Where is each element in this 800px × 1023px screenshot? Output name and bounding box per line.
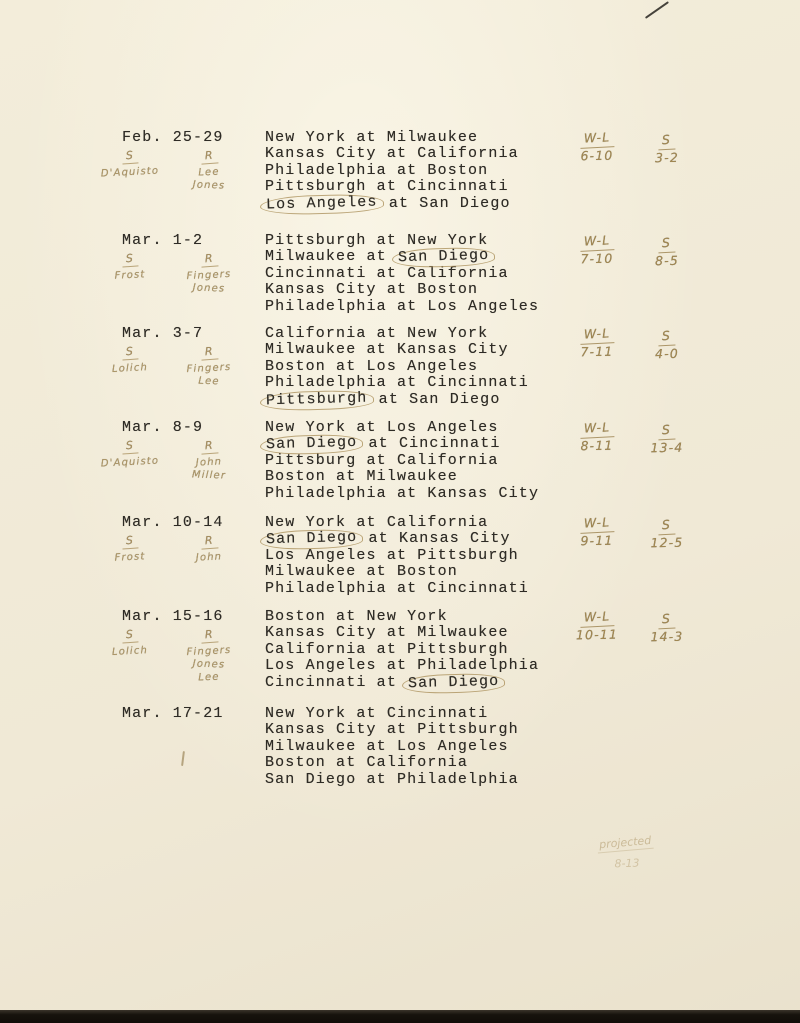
handwritten-s-label: S <box>121 438 138 454</box>
handwritten-name: Lolich <box>97 643 164 659</box>
game-list: Boston at New York Kansas City at Milwau… <box>265 609 539 691</box>
wl-label: W-L <box>579 232 614 252</box>
handwritten-reliever-column: RLeeJones <box>176 149 242 192</box>
handwritten-reliever-column: RJohnMiller <box>176 439 242 482</box>
pencil-slash-mark <box>645 1 669 19</box>
saves-record: S14-3 <box>640 611 694 645</box>
handwritten-s-label: S <box>121 533 138 549</box>
game-text: Philadelphia at Los Angeles <box>265 298 539 315</box>
game-text: Kansas City at California <box>265 145 519 162</box>
handwritten-name: Lolich <box>97 360 164 376</box>
projected-label: projected <box>597 834 654 854</box>
game-text: Milwaukee at Kansas City <box>265 341 509 358</box>
game-line: Kansas City at Boston <box>265 282 539 298</box>
saves-record: S3-2 <box>640 132 694 166</box>
projected-value: 8-13 <box>599 856 656 871</box>
game-text: Boston at New York <box>265 608 448 625</box>
handwritten-name: Frost <box>97 267 164 283</box>
wl-record: W-L7-10 <box>566 233 628 267</box>
wl-value: 7-10 <box>566 250 628 267</box>
wl-record: W-L8-11 <box>566 420 628 454</box>
saves-label: S <box>658 328 676 347</box>
wl-label: W-L <box>579 514 614 534</box>
game-text: Kansas City at Milwaukee <box>265 624 509 641</box>
game-line: Philadelphia at Los Angeles <box>265 299 539 315</box>
date-range: Mar. 3-7 <box>122 326 203 342</box>
game-text: California at Pittsburgh <box>265 641 509 658</box>
game-line: Milwaukee at Los Angeles <box>265 739 519 755</box>
date-range: Mar. 10-14 <box>122 515 224 531</box>
game-line: Boston at Milwaukee <box>265 469 539 485</box>
game-line: Milwaukee at San Diego <box>265 249 539 265</box>
game-text: Pittsburgh at Cincinnati <box>265 178 509 195</box>
game-line: Pittsburg at California <box>265 453 539 469</box>
game-text: Kansas City at Pittsburgh <box>265 721 519 738</box>
wl-value: 10-11 <box>566 626 628 643</box>
handwritten-reliever-column: RFingersLee <box>176 345 242 388</box>
game-text: Philadelphia at Kansas City <box>265 485 539 502</box>
game-line: New York at Milwaukee <box>265 130 519 146</box>
game-text: New York at California <box>265 514 488 531</box>
saves-record: S12-5 <box>640 517 694 551</box>
wl-label: W-L <box>579 325 614 345</box>
handwritten-reliever-column: RFingersJones <box>176 252 242 295</box>
saves-value: 13-4 <box>640 440 694 457</box>
game-line: Kansas City at California <box>265 146 519 162</box>
game-line: Pittsburgh at Cincinnati <box>265 179 519 195</box>
handwritten-r-label: R <box>200 251 218 267</box>
handwritten-starter-column: SLolich <box>97 628 163 658</box>
saves-label: S <box>658 235 676 254</box>
saves-value: 4-0 <box>640 346 694 363</box>
handwritten-starter-column: SD'Aquisto <box>97 439 163 469</box>
game-text: Cincinnati at <box>265 674 407 691</box>
game-line: Philadelphia at Cincinnati <box>265 581 529 597</box>
saves-value: 3-2 <box>640 150 694 167</box>
handwritten-r-label: R <box>200 344 218 360</box>
game-text: Boston at Los Angeles <box>265 358 478 375</box>
game-text: San Diego at Philadelphia <box>265 771 519 788</box>
handwritten-name: Jones <box>176 178 242 193</box>
game-text: Milwaukee at <box>265 248 397 265</box>
handwritten-name: John <box>176 549 243 565</box>
game-line: California at Pittsburgh <box>265 642 539 658</box>
saves-value: 12-5 <box>640 535 694 552</box>
handwritten-r-label: R <box>200 627 218 643</box>
wl-value: 9-11 <box>566 532 628 549</box>
game-line: Cincinnati at California <box>265 266 539 282</box>
game-text: New York at Cincinnati <box>265 705 488 722</box>
saves-record: S13-4 <box>640 422 694 456</box>
game-text: Philadelphia at Cincinnati <box>265 374 529 391</box>
pencil-circle: Los Angeles <box>260 193 384 216</box>
handwritten-s-label: S <box>121 251 138 267</box>
game-line: Philadelphia at Kansas City <box>265 486 539 502</box>
saves-value: 8-5 <box>640 253 694 270</box>
date-range: Mar. 15-16 <box>122 609 224 625</box>
game-text: Pittsburgh at New York <box>265 232 488 249</box>
game-text: Milwaukee at Los Angeles <box>265 738 509 755</box>
stray-pencil-mark <box>181 751 184 766</box>
game-line: Philadelphia at Boston <box>265 163 519 179</box>
game-list: California at New York Milwaukee at Kans… <box>265 326 529 408</box>
scanned-document-page: Feb. 25-29 SD'Aquisto RLeeJones New York… <box>0 0 800 1023</box>
game-line: Kansas City at Milwaukee <box>265 625 539 641</box>
handwritten-s-label: S <box>121 627 138 643</box>
game-text: Kansas City at Boston <box>265 281 478 298</box>
wl-label: W-L <box>579 129 614 149</box>
game-text: Boston at California <box>265 754 468 771</box>
game-line: Philadelphia at Cincinnati <box>265 375 529 391</box>
game-text: Boston at Milwaukee <box>265 468 458 485</box>
saves-label: S <box>658 611 676 630</box>
handwritten-name: D'Aquisto <box>97 164 164 180</box>
game-text: Cincinnati at California <box>265 265 509 282</box>
game-text: New York at Los Angeles <box>265 419 498 436</box>
game-line: Boston at Los Angeles <box>265 359 529 375</box>
game-line: Milwaukee at Kansas City <box>265 342 529 358</box>
game-line: San Diego at Philadelphia <box>265 772 519 788</box>
scan-edge-bar <box>0 1010 800 1023</box>
handwritten-s-label: S <box>121 148 138 164</box>
game-line: Boston at New York <box>265 609 539 625</box>
handwritten-r-label: R <box>200 148 218 164</box>
game-text: Los Angeles at Pittsburgh <box>265 547 519 564</box>
handwritten-starter-column: SLolich <box>97 345 163 375</box>
game-list: New York at Milwaukee Kansas City at Cal… <box>265 130 519 212</box>
pencil-circle: Pittsburgh <box>260 389 374 411</box>
date-range: Mar. 8-9 <box>122 420 203 436</box>
game-list: New York at Los Angeles San Diego at Cin… <box>265 420 539 502</box>
game-line: San Diego at Cincinnati <box>265 436 539 452</box>
handwritten-starter-column: SFrost <box>97 252 163 282</box>
saves-record: S8-5 <box>640 235 694 269</box>
game-text: New York at Milwaukee <box>265 129 478 146</box>
game-text: Milwaukee at Boston <box>265 563 458 580</box>
game-line: Pittsburgh at San Diego <box>265 392 529 408</box>
game-text: at Cincinnati <box>358 435 500 452</box>
game-line: Pittsburgh at New York <box>265 233 539 249</box>
wl-record: W-L9-11 <box>566 515 628 549</box>
game-text: at San Diego <box>379 195 511 212</box>
wl-record: W-L10-11 <box>566 609 628 643</box>
game-line: Kansas City at Pittsburgh <box>265 722 519 738</box>
handwritten-reliever-column: RFingersJonesLee <box>176 628 242 684</box>
game-line: Los Angeles at Pittsburgh <box>265 548 529 564</box>
game-line: Milwaukee at Boston <box>265 564 529 580</box>
game-text: California at New York <box>265 325 488 342</box>
handwritten-name: Jones <box>176 281 242 296</box>
game-text: at San Diego <box>369 391 501 408</box>
game-line: Boston at California <box>265 755 519 771</box>
wl-value: 8-11 <box>566 437 628 454</box>
game-line: New York at California <box>265 515 529 531</box>
wl-record: W-L6-10 <box>566 130 628 164</box>
saves-label: S <box>658 517 676 536</box>
game-line: New York at Cincinnati <box>265 706 519 722</box>
handwritten-reliever-column: RJohn <box>176 534 242 564</box>
saves-value: 14-3 <box>640 629 694 646</box>
pencil-circle: San Diego <box>402 672 506 694</box>
game-text: Philadelphia at Boston <box>265 162 488 179</box>
projected-note: projected8-13 <box>597 834 656 873</box>
handwritten-name: Lee <box>176 374 242 389</box>
date-range: Feb. 25-29 <box>122 130 224 146</box>
game-line: San Diego at Kansas City <box>265 531 529 547</box>
saves-record: S4-0 <box>640 328 694 362</box>
wl-value: 7-11 <box>566 343 628 360</box>
date-range: Mar. 1-2 <box>122 233 203 249</box>
handwritten-starter-column: SD'Aquisto <box>97 149 163 179</box>
game-line: California at New York <box>265 326 529 342</box>
game-text: Los Angeles at Philadelphia <box>265 657 539 674</box>
wl-record: W-L7-11 <box>566 326 628 360</box>
game-text: Pittsburg at California <box>265 452 498 469</box>
game-line: Los Angeles at San Diego <box>265 196 519 212</box>
handwritten-name: D'Aquisto <box>97 454 164 470</box>
handwritten-r-label: R <box>200 533 218 549</box>
date-range: Mar. 17-21 <box>122 706 224 722</box>
game-line: Cincinnati at San Diego <box>265 675 539 691</box>
saves-label: S <box>658 422 676 441</box>
handwritten-s-label: S <box>121 344 138 360</box>
game-list: New York at Cincinnati Kansas City at Pi… <box>265 706 519 788</box>
handwritten-name: Miller <box>176 468 242 483</box>
handwritten-name: Lee <box>176 670 242 685</box>
handwritten-starter-column: SFrost <box>97 534 163 564</box>
game-text: Philadelphia at Cincinnati <box>265 580 529 597</box>
game-line: New York at Los Angeles <box>265 420 539 436</box>
saves-label: S <box>658 132 676 151</box>
handwritten-r-label: R <box>200 438 218 454</box>
game-list: Pittsburgh at New York Milwaukee at San … <box>265 233 539 315</box>
handwritten-name: Frost <box>97 549 164 565</box>
game-text: at Kansas City <box>358 530 510 547</box>
wl-label: W-L <box>579 419 614 439</box>
game-list: New York at California San Diego at Kans… <box>265 515 529 597</box>
wl-value: 6-10 <box>566 147 628 164</box>
wl-label: W-L <box>579 608 614 628</box>
